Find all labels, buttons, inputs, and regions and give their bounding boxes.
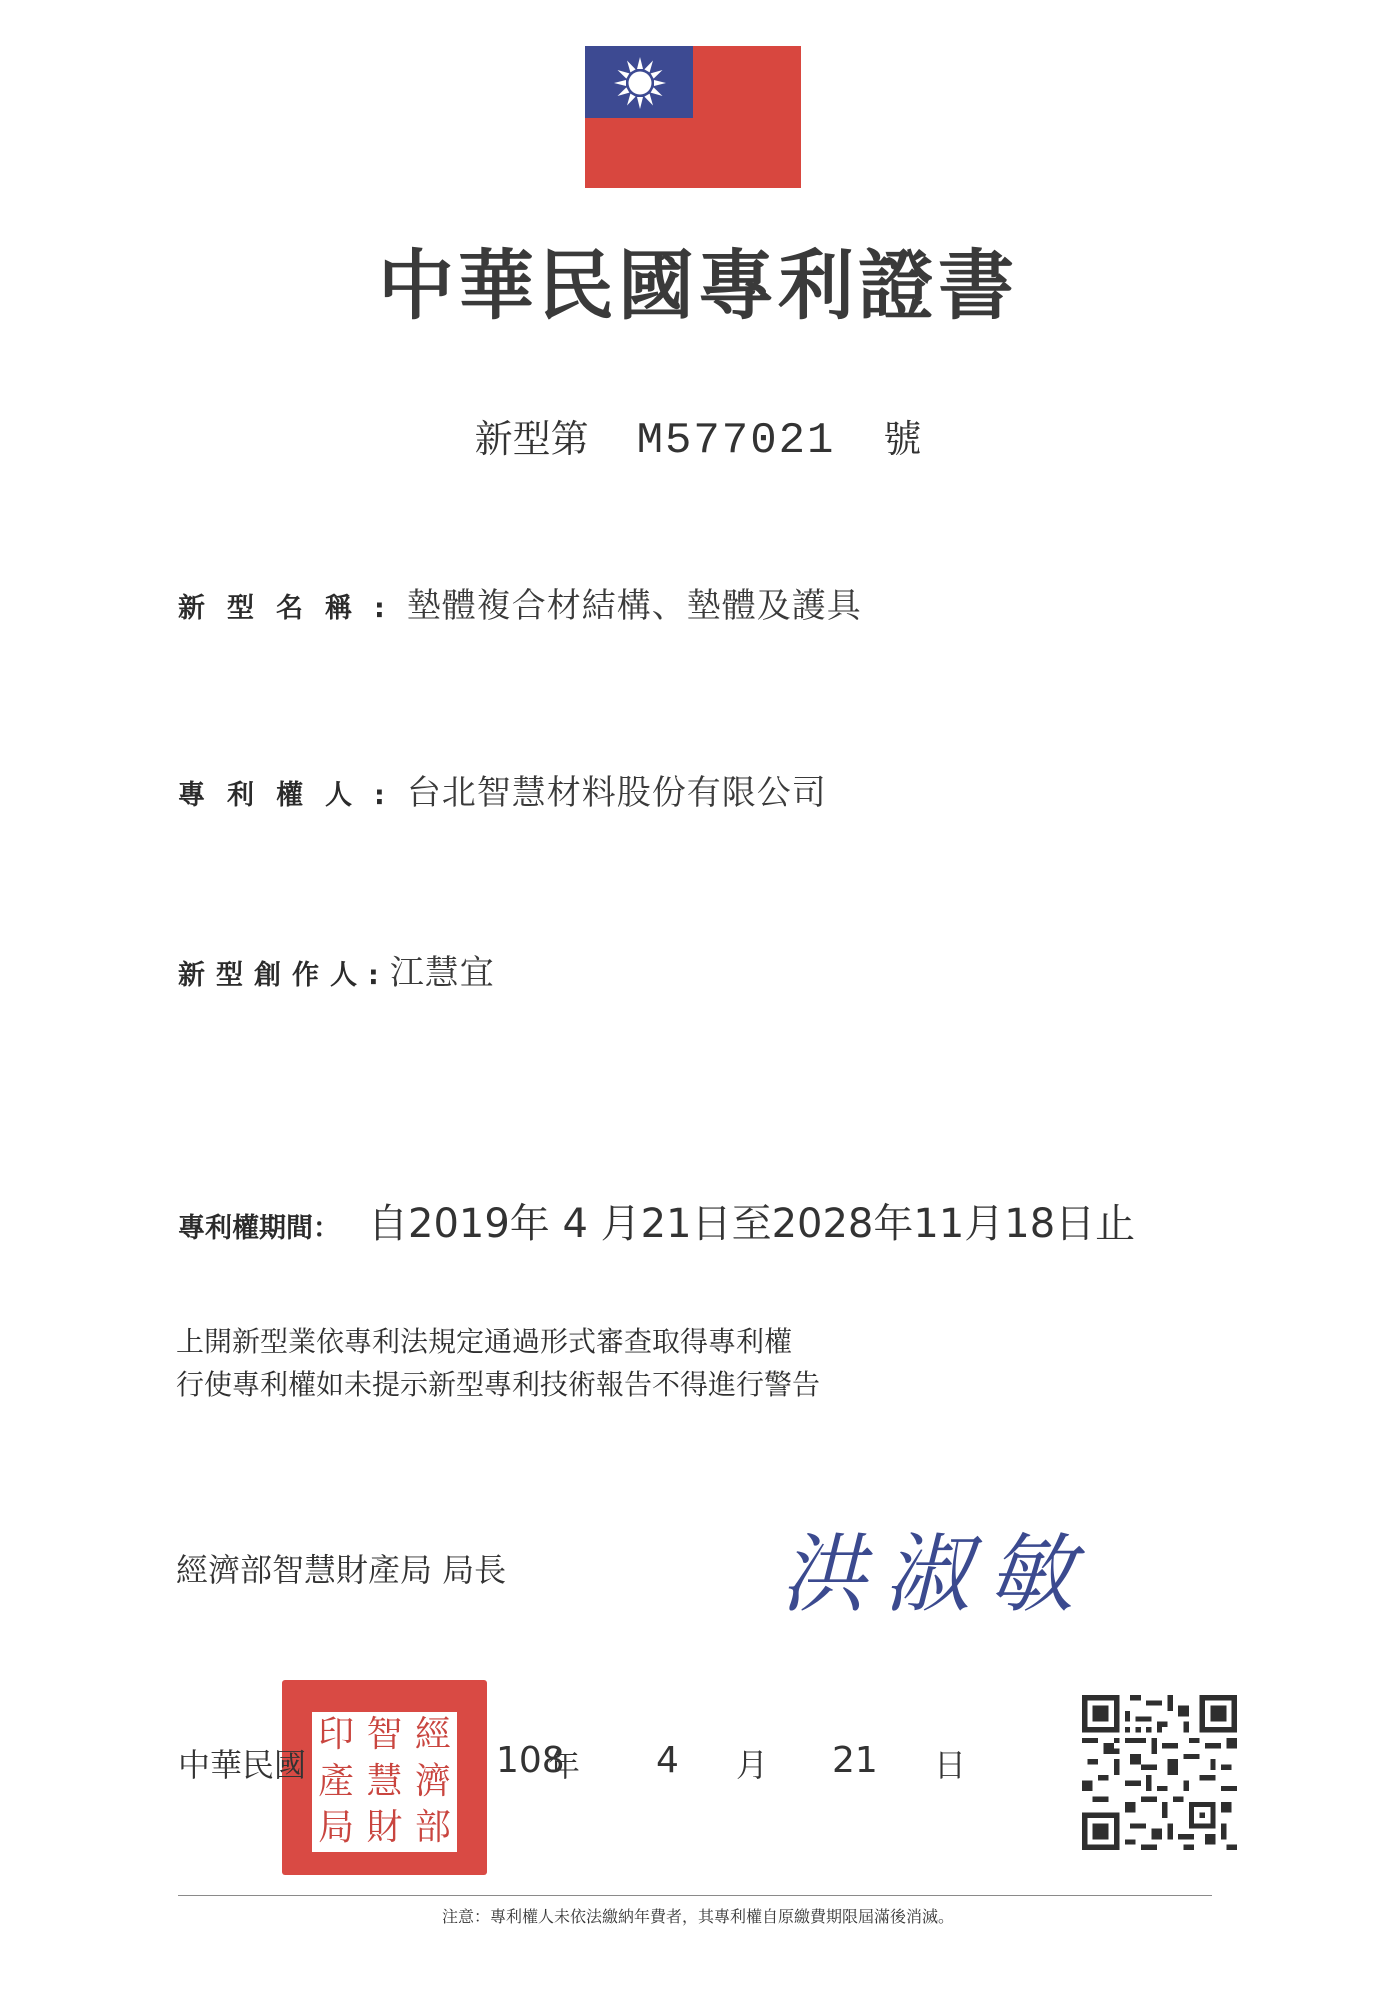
footer-note: 注意：專利權人未依法繳納年費者，其專利權自原繳費期限屆滿後消滅。: [0, 1904, 1396, 1927]
white-sun-icon: [613, 56, 667, 110]
patent-number-line: 新型第M577021號: [0, 408, 1396, 466]
roc-flag: [585, 46, 801, 188]
field-value: 江慧宜: [390, 953, 495, 993]
patent-number-prefix: 新型第: [475, 417, 589, 461]
qr-code-icon: [1082, 1695, 1237, 1850]
issue-date-day: 21: [832, 1740, 878, 1781]
official-seal: 印 智 經 產 慧 濟 局 財 部: [282, 1680, 487, 1875]
footer-divider: [178, 1895, 1212, 1896]
field-label: 專利權期間：: [178, 1213, 340, 1244]
issue-date-month: 4: [656, 1740, 679, 1781]
issue-date-year-unit: 年: [548, 1740, 580, 1786]
seal-char: 財: [360, 1805, 408, 1852]
field-label: 新型名稱:: [178, 593, 407, 624]
field-utility-model-name: 新型名稱:墊體複合材結構、墊體及護具: [178, 578, 862, 627]
statement-line-1: 上開新型業依專利法規定通過形式審查取得專利權: [176, 1320, 792, 1360]
field-value: 墊體複合材結構、墊體及護具: [407, 586, 862, 626]
verification-qr-code[interactable]: [1082, 1695, 1237, 1850]
field-value: 自2019年 4 月21日至2028年11月18日止: [368, 1201, 1135, 1247]
seal-char: 局: [312, 1805, 360, 1852]
field-value: 台北智慧材料股份有限公司: [407, 773, 827, 813]
field-patentee: 專利權人:台北智慧材料股份有限公司: [178, 765, 827, 814]
patent-number: M577021: [637, 416, 836, 466]
field-label: 新型創作人:: [178, 960, 390, 991]
seal-characters: 印 智 經 產 慧 濟 局 財 部: [312, 1712, 457, 1852]
seal-char: 部: [409, 1805, 457, 1852]
field-label: 專利權人:: [178, 780, 407, 811]
issuing-authority: 經濟部智慧財產局 局長: [176, 1545, 506, 1591]
field-patent-term: 專利權期間：自2019年 4 月21日至2028年11月18日止: [178, 1192, 1135, 1249]
seal-char: 智: [360, 1712, 408, 1759]
issue-date-day-unit: 日: [934, 1740, 966, 1786]
statement-line-2: 行使專利權如未提示新型專利技術報告不得進行警告: [176, 1363, 820, 1403]
seal-char: 慧: [360, 1759, 408, 1806]
seal-char: 經: [409, 1712, 457, 1759]
seal-char: 印: [312, 1712, 360, 1759]
issue-date-month-unit: 月: [736, 1740, 768, 1786]
certificate-title: 中華民國專利證書: [0, 225, 1396, 334]
patent-number-suffix: 號: [883, 417, 921, 461]
seal-char: 濟: [409, 1759, 457, 1806]
field-creator: 新型創作人:江慧宜: [178, 945, 495, 994]
issue-date-era: 中華民國: [178, 1740, 306, 1786]
seal-char: 產: [312, 1759, 360, 1806]
director-signature: 洪淑敏: [780, 1505, 1092, 1629]
